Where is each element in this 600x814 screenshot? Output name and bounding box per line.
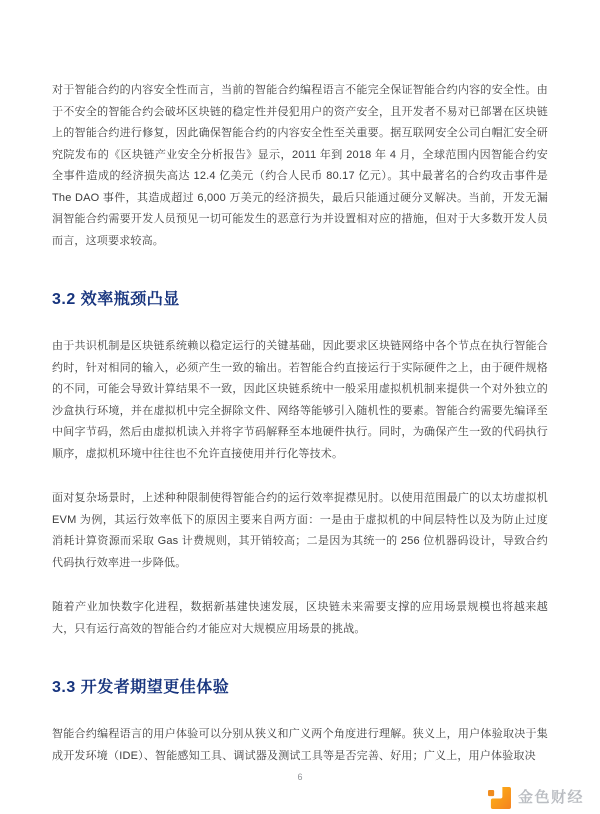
jinse-logo-text: 金色财经 <box>518 787 584 809</box>
intro-paragraph: 对于智能合约的内容安全性而言，当前的智能合约编程语言不能完全保证智能合约内容的安… <box>52 80 548 252</box>
jinse-logo-icon <box>488 787 511 809</box>
section-heading-3-3: 3.3 开发者期望更佳体验 <box>52 674 548 697</box>
section-3-2-paragraph-1: 由于共识机制是区块链系统赖以稳定运行的关键基础，因此要求区块链网络中各个节点在执… <box>52 336 548 465</box>
section-heading-3-2: 3.2 效率瓶颈凸显 <box>52 286 548 309</box>
document-page: 对于智能合约的内容安全性而言，当前的智能合约编程语言不能完全保证智能合约内容的安… <box>0 0 600 814</box>
page-number: 6 <box>0 772 600 782</box>
section-3-2-paragraph-3: 随着产业加快数字化进程，数据新基建快速发展，区块链未来需要支撑的应用场景规模也将… <box>52 597 548 640</box>
page-content: 对于智能合约的内容安全性而言，当前的智能合约编程语言不能完全保证智能合约内容的安… <box>0 0 600 767</box>
section-3-2-paragraph-2: 面对复杂场景时，上述种种限制使得智能合约的运行效率捉襟见肘。以使用范围最广的以太… <box>52 488 548 574</box>
page-footer: 6 金色财经 <box>0 754 600 814</box>
jinse-finance-logo: 金色财经 <box>488 787 584 809</box>
